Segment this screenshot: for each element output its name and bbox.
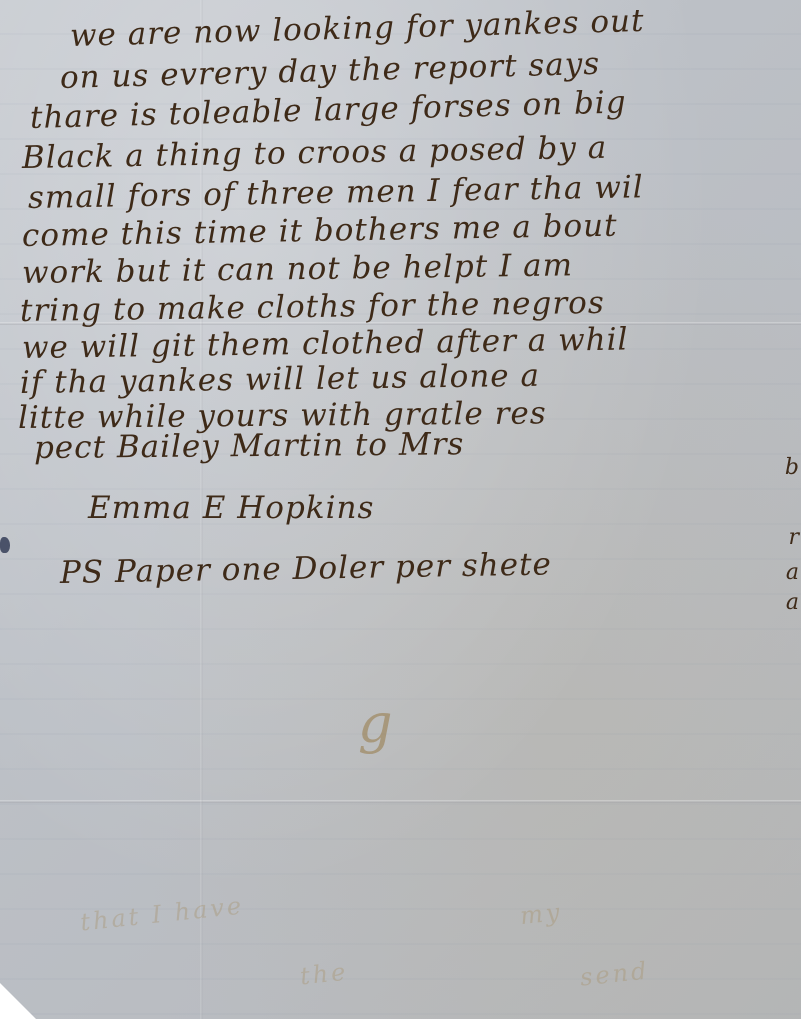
letter-line: work but it can not be helpt I am xyxy=(22,247,573,291)
letter-line: Black a thing to croos a posed by a xyxy=(22,130,608,176)
bleedthrough-text: send xyxy=(579,956,651,991)
fold-crease-horizontal xyxy=(0,800,801,803)
torn-corner xyxy=(0,983,40,1023)
ink-blot xyxy=(0,537,10,553)
bleedthrough-text: the xyxy=(299,958,350,991)
bleedthrough-text: my xyxy=(519,898,564,930)
page-edge xyxy=(0,1019,801,1023)
margin-fragment: r xyxy=(788,525,799,550)
bleedthrough-text: that I have xyxy=(79,891,245,936)
bleedthrough-mark: g xyxy=(358,692,393,755)
signature-line: pect Bailey Martin to Mrs xyxy=(34,426,465,466)
recipient-name: Emma E Hopkins xyxy=(88,490,374,526)
margin-fragment: a xyxy=(786,590,799,615)
letter-line: if tha yankes will let us alone a xyxy=(20,358,540,401)
margin-fragment: a xyxy=(786,560,799,585)
margin-fragment: b xyxy=(785,455,799,480)
letter-page: that I have the my send g we are now loo… xyxy=(0,0,801,1023)
postscript: PS Paper one Doler per shete xyxy=(60,546,552,591)
